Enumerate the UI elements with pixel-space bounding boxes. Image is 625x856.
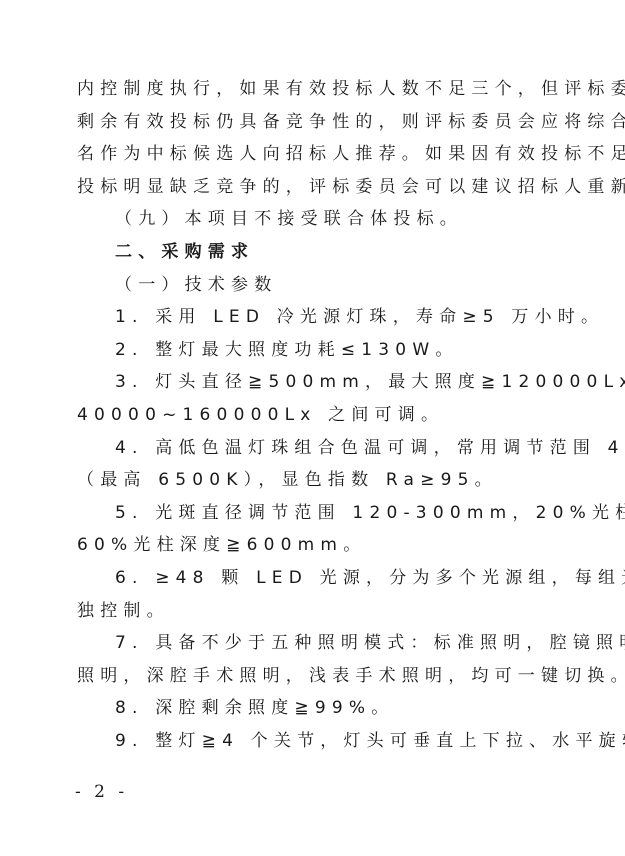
section-heading-procurement-requirements: 二、采购需求: [77, 236, 559, 269]
spec-item-4: 4. 高低色温灯珠组合色温可调，常用调节范围 4000-5000K: [77, 432, 559, 465]
spec-item-8: 8. 深腔剩余照度≧99%。: [77, 692, 559, 725]
spec-item-5-continued: 60%光柱深度≧600mm。: [77, 529, 559, 562]
paragraph-line: 投标明显缺乏竞争的，评标委员会可以建议招标人重新招标。: [77, 171, 559, 204]
spec-item-2: 2. 整灯最大照度功耗≤130W。: [77, 334, 559, 367]
spec-item-7: 7. 具备不少于五种照明模式：标准照明，腔镜照明，微光: [77, 627, 559, 660]
clause-nine: （九）本项目不接受联合体投标。: [77, 203, 559, 236]
spec-item-5: 5. 光斑直径调节范围 120-300mm，20%光柱深度≧1200mm，: [77, 497, 559, 530]
spec-item-7-continued: 照明，深腔手术照明，浅表手术照明，均可一键切换。: [77, 660, 559, 693]
subsection-heading-technical-parameters: （一）技术参数: [77, 269, 559, 302]
spec-item-4-continued: （最高 6500K），显色指数 Ra≥95。: [77, 464, 559, 497]
spec-item-6-continued: 独控制。: [77, 595, 559, 628]
page-number: - 2 -: [75, 782, 128, 802]
paragraph-line: 内控制度执行，如果有效投标人数不足三个，但评标委员会认为: [77, 73, 559, 106]
paragraph-line: 剩余有效投标仍具备竞争性的，则评标委员会应将综合评议的排: [77, 106, 559, 139]
paragraph-line: 名作为中标候选人向招标人推荐。如果因有效投标不足三个使得: [77, 138, 559, 171]
spec-item-6: 6. ≥48 颗 LED 光源，分为多个光源组，每组光源由 CPU 单: [77, 562, 559, 595]
body-text: 内控制度执行，如果有效投标人数不足三个，但评标委员会认为 剩余有效投标仍具备竞争…: [77, 73, 559, 757]
spec-item-3: 3. 灯头直径≧500mm，最大照度≧120000Lx，整灯照度在: [77, 366, 559, 399]
spec-item-3-continued: 40000~160000Lx 之间可调。: [77, 399, 559, 432]
document-page: 内控制度执行，如果有效投标人数不足三个，但评标委员会认为 剩余有效投标仍具备竞争…: [0, 0, 625, 856]
spec-item-1: 1. 采用 LED 冷光源灯珠，寿命≥5 万小时。: [77, 301, 559, 334]
spec-item-9: 9. 整灯≧4 个关节，灯头可垂直上下拉、水平旋转操作，灯: [77, 725, 559, 758]
